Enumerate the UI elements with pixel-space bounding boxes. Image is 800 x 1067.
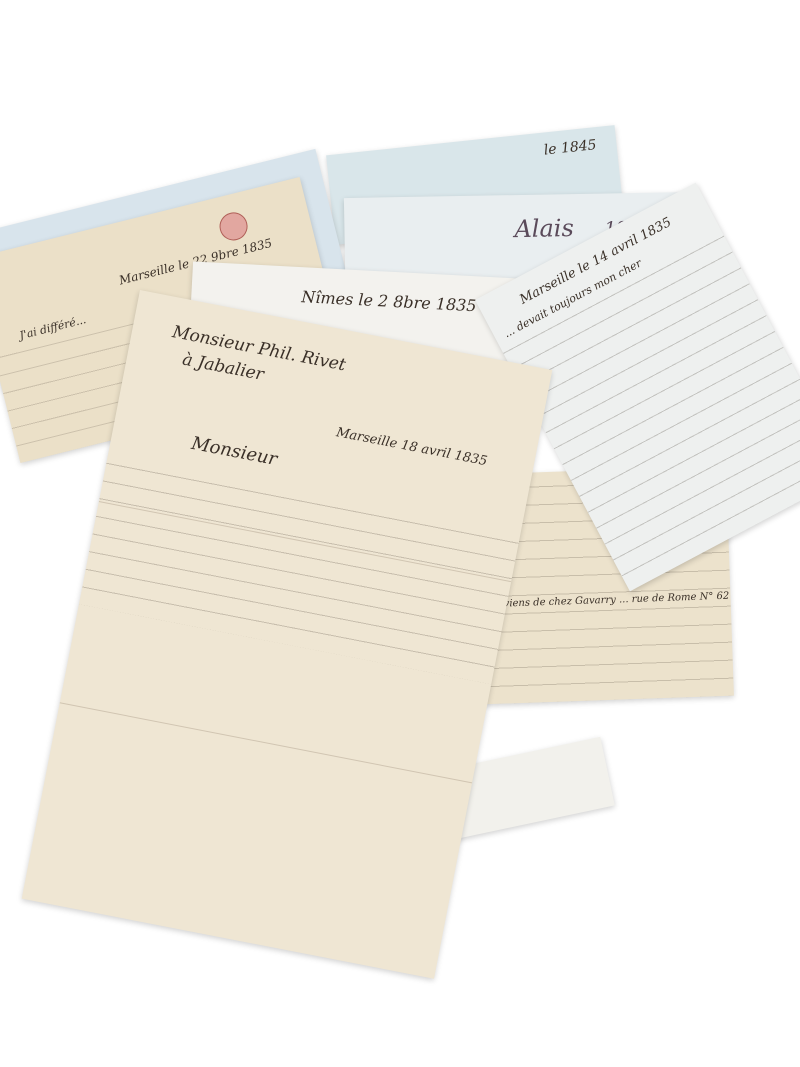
red-wax-seal — [217, 209, 251, 243]
dateline: Marseille 18 avril 1835 — [335, 425, 489, 469]
heading: Alais — [514, 214, 574, 243]
corner-note: le 1845 — [543, 137, 597, 158]
dateline: Nîmes le 2 8bre 1835 — [301, 287, 477, 315]
